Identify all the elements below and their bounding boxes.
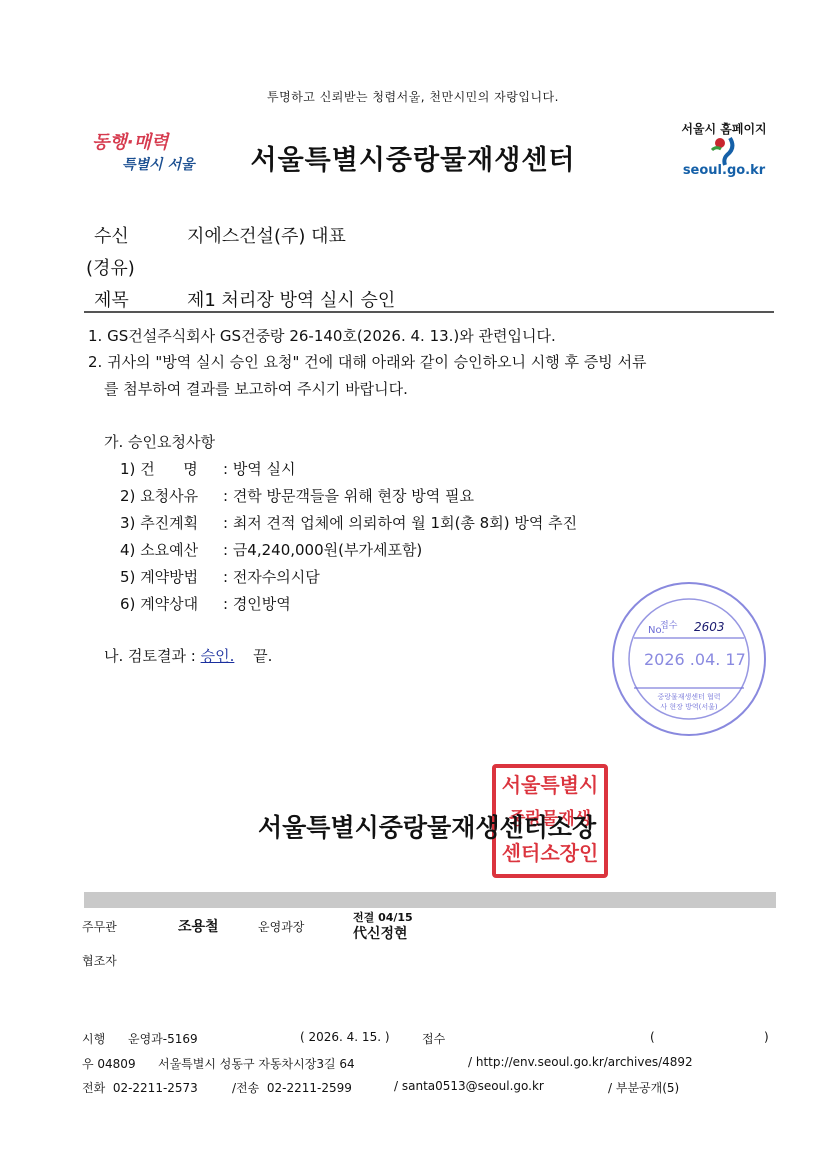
- item-colon: :: [223, 460, 228, 478]
- approval-band: [84, 892, 776, 908]
- section-a-heading: 가. 승인요청사항: [104, 431, 215, 452]
- request-item-3: 3) 추진계획 : 최저 견적 업체에 의뢰하여 월 1회(총 8회) 방역 추…: [120, 512, 577, 533]
- receipt-paren-close: ): [764, 1030, 769, 1044]
- recipient-label: 수신: [94, 222, 129, 248]
- item-num: 1): [120, 460, 135, 478]
- receipt-stamp-org: 중랑물재생센터 협력사 현장 방역(서울): [656, 692, 722, 712]
- via-label: (경유): [86, 254, 135, 280]
- homepage-caption: 서울시 홈페이지: [676, 120, 772, 137]
- enforce-label: 시행: [82, 1030, 105, 1047]
- item-num: 5): [120, 568, 135, 586]
- item-label: 계약방법: [140, 566, 218, 587]
- item-colon: :: [223, 514, 228, 532]
- subject-value: 제1 처리장 방역 실시 승인: [187, 286, 395, 312]
- receipt-stamp-no-value: 2603: [694, 620, 725, 634]
- homepage-block: 서울시 홈페이지 seoul.go.kr: [676, 120, 772, 178]
- request-item-5: 5) 계약방법 : 전자수의시담: [120, 566, 320, 587]
- subject-label: 제목: [94, 286, 129, 312]
- item-value: 전자수의시담: [233, 568, 320, 586]
- review-label: 나. 검토결과 :: [104, 647, 196, 665]
- cooperator-label: 협조자: [82, 952, 117, 969]
- request-item-6: 6) 계약상대 : 경인방역: [120, 593, 291, 614]
- fax: /전송 02-2211-2599: [232, 1079, 352, 1096]
- final-approver: 代신정현: [353, 923, 408, 943]
- lead-officer-name: 조용철: [178, 916, 219, 936]
- item-label: 추진계획: [140, 512, 218, 533]
- item-colon: :: [223, 568, 228, 586]
- receipt-paren-open: (: [650, 1030, 655, 1044]
- email-link[interactable]: / santa0513@seoul.go.kr: [394, 1079, 544, 1093]
- receipt-label: 접수: [422, 1030, 445, 1047]
- request-item-2: 2) 요청사유 : 견학 방문객들을 위해 현장 방역 필요: [120, 485, 474, 506]
- item-label: 소요예산: [140, 539, 218, 560]
- review-result: 나. 검토결과 : 승인. 끝.: [104, 645, 272, 666]
- signer-title: 서울특별시중랑물재생센터소장: [258, 808, 596, 844]
- item-num: 2): [120, 487, 135, 505]
- lead-officer-label: 주무관: [82, 918, 117, 935]
- end-mark: 끝.: [253, 647, 272, 665]
- item-value: 견학 방문객들을 위해 현장 방역 필요: [233, 487, 474, 505]
- phone: 전화 02-2211-2573: [82, 1079, 198, 1096]
- paragraph-2-line-2: 를 첨부하여 결과를 보고하여 주시기 바랍니다.: [104, 378, 408, 399]
- slogan: 투명하고 신뢰받는 청렴서울, 천만시민의 자랑입니다.: [0, 88, 826, 105]
- enforce-date: ( 2026. 4. 15. ): [300, 1030, 390, 1044]
- item-value: 최저 견적 업체에 의뢰하여 월 1회(총 8회) 방역 추진: [233, 514, 577, 532]
- item-value: 경인방역: [233, 595, 291, 613]
- item-colon: :: [223, 541, 228, 559]
- website-link[interactable]: / http://env.seoul.go.kr/archives/4892: [468, 1055, 693, 1069]
- item-num: 6): [120, 595, 135, 613]
- receipt-stamp-no-label: No.: [648, 625, 665, 636]
- recipient-value: 지에스건설(주) 대표: [187, 222, 346, 248]
- header-divider: [84, 311, 774, 313]
- item-label: 요청사유: [140, 485, 218, 506]
- review-result-value: 승인.: [201, 647, 235, 665]
- item-colon: :: [223, 487, 228, 505]
- seoul-symbol-icon: [710, 136, 738, 166]
- seal-line-1: 서울특별시: [496, 768, 604, 802]
- request-item-4: 4) 소요예산 : 금4,240,000원(부가세포함): [120, 539, 422, 560]
- address: 서울특별시 성동구 자동차시장3길 64: [158, 1055, 355, 1072]
- request-item-1: 1) 건 명 : 방역 실시: [120, 458, 296, 479]
- item-value: 방역 실시: [233, 460, 296, 478]
- paragraph-2-line-1: 2. 귀사의 "방역 실시 승인 요청" 건에 대해 아래와 같이 승인하오니 …: [88, 351, 647, 372]
- zip-code: 우 04809: [82, 1055, 136, 1072]
- item-label: 건 명: [140, 458, 218, 479]
- item-colon: :: [223, 595, 228, 613]
- receipt-stamp-date: 2026 .04. 17: [644, 650, 746, 669]
- receipt-stamp: 접수 No. 2603 2026 .04. 17 중랑물재생센터 협력사 현장 …: [604, 580, 774, 738]
- enforce-number: 운영과-5169: [128, 1030, 198, 1047]
- item-num: 3): [120, 514, 135, 532]
- item-value: 금4,240,000원(부가세포함): [233, 541, 422, 559]
- manager-label: 운영과장: [258, 918, 304, 935]
- disclosure-status: / 부분공개(5): [608, 1079, 679, 1096]
- paragraph-1: 1. GS건설주식회사 GS건중랑 26-140호(2026. 4. 13.)와…: [88, 325, 556, 346]
- item-num: 4): [120, 541, 135, 559]
- item-label: 계약상대: [140, 593, 218, 614]
